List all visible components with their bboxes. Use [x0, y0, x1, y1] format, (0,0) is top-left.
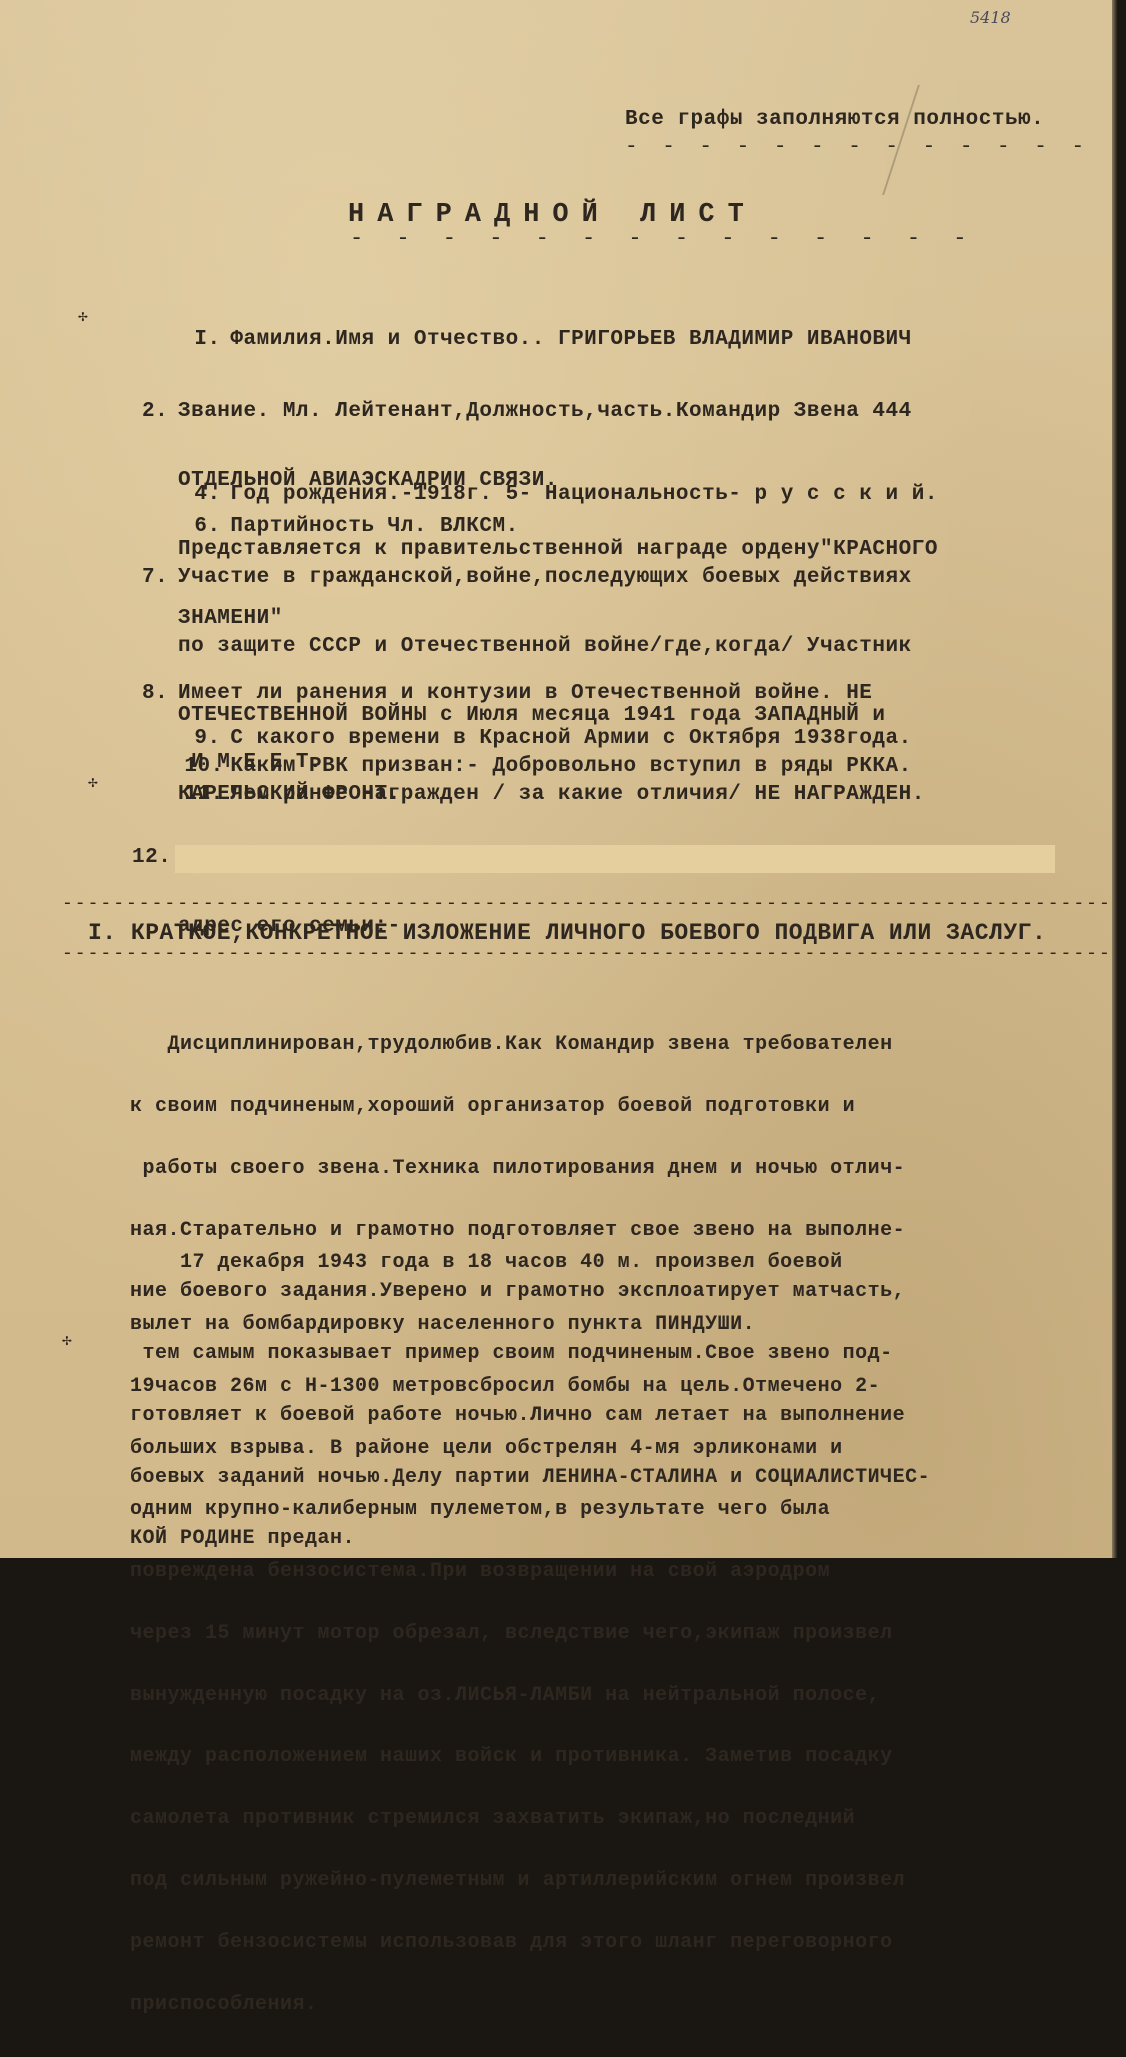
title-underline: - - - - - - - - - - - - - -	[350, 226, 976, 251]
punch-mark-icon: ✢	[88, 772, 98, 792]
redacted-address	[175, 845, 1055, 873]
scan-edge	[1112, 0, 1126, 1558]
divider: - - - - - - - - - - - - - - - - - -	[625, 136, 1126, 159]
fill-note: Все графы заполняются полностью.	[625, 108, 1044, 131]
section-title: I. КРАТКОЕ,КОНКРЕТНОЕ ИЗЛОЖЕНИЕ ЛИЧНОГО …	[88, 920, 1046, 946]
punch-mark-icon: ✢	[78, 306, 88, 326]
section-bottom-border: ----------------------------------------…	[62, 944, 1126, 964]
award-sheet-page: 5418 Все графы заполняются полностью. - …	[0, 0, 1112, 1558]
section-top-border: ----------------------------------------…	[62, 894, 1126, 914]
archive-number: 5418	[970, 8, 1011, 27]
combat-feat-description: 17 декабря 1943 года в 18 часов 40 м. пр…	[130, 1212, 905, 1558]
punch-mark-icon: ✢	[62, 1330, 72, 1350]
